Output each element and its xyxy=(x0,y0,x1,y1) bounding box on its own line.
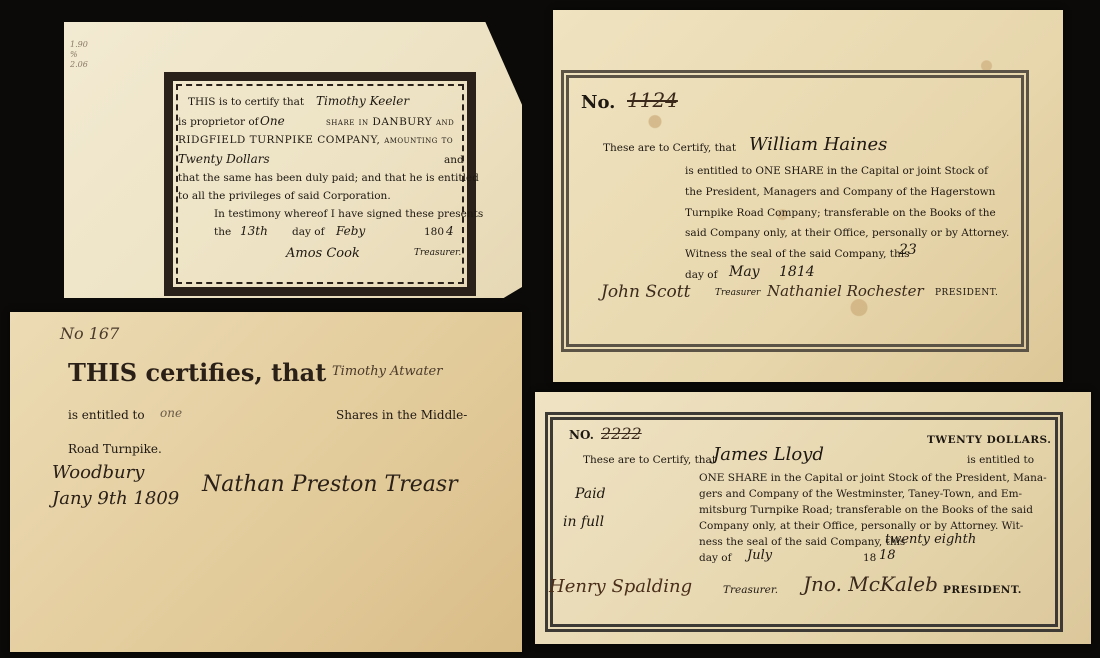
holder-name: Timothy Atwater xyxy=(332,364,442,379)
text-line: THIS certifies, that xyxy=(68,358,326,387)
text-line: to all the privileges of said Corporatio… xyxy=(178,190,391,202)
paid-annotation: Paid xyxy=(575,486,606,502)
text-line: the President, Managers and Company of t… xyxy=(685,186,995,198)
text-line: is entitled to ONE SHARE in the Capital … xyxy=(685,165,988,177)
text-line: Road Turnpike. xyxy=(68,442,162,456)
text-line: and xyxy=(444,154,464,166)
text-line: ness the seal of the said Company, this xyxy=(699,536,905,548)
text-line: Treasurer. xyxy=(723,584,778,596)
date: Jany 9th 1809 xyxy=(52,488,179,509)
number-label: NO. xyxy=(569,428,594,442)
day: 23 xyxy=(899,242,917,258)
treasurer-signature: Amos Cook xyxy=(286,246,360,261)
treasurer-signature: Nathan Preston Treasr xyxy=(202,472,458,497)
text-line: PRESIDENT. xyxy=(935,288,998,298)
text-line: ONE SHARE in the Capital or joint Stock … xyxy=(699,472,1047,484)
treasurer-signature: Henry Spalding xyxy=(549,576,692,597)
share-count: One xyxy=(260,114,285,128)
text-line: In testimony whereof I have signed these… xyxy=(214,208,483,220)
day: twenty eighth xyxy=(885,532,976,547)
text-line: mitsburg Turnpike Road; transferable on … xyxy=(699,504,1033,516)
pencil-note-line: % xyxy=(70,50,88,60)
year: 1814 xyxy=(779,264,815,280)
certificate-middle-road: No 167 THIS certifies, that Timothy Atwa… xyxy=(10,312,522,652)
text-line: day of xyxy=(685,269,717,281)
text-line: Treasurer. xyxy=(414,248,461,258)
certificate-number: 1124 xyxy=(627,88,678,112)
text-line: THIS is to certify that xyxy=(188,96,304,108)
text-line: day of xyxy=(292,226,324,238)
share-count: one xyxy=(160,406,182,420)
month: May xyxy=(729,264,760,280)
year-digit: 18 xyxy=(879,548,896,563)
holder-name: William Haines xyxy=(749,134,887,155)
month: July xyxy=(747,548,772,563)
president-signature: Jno. McKaleb xyxy=(803,572,938,596)
certificate-danbury-ridgefield: 1.90 % 2.06 THIS is to certify that Timo… xyxy=(64,22,522,298)
place: Woodbury xyxy=(52,462,144,483)
text-line: Turnpike Road Company; transferable on t… xyxy=(685,207,996,219)
month: Feby xyxy=(336,224,365,238)
day: 13th xyxy=(240,224,268,238)
text-line: is entitled to xyxy=(68,408,145,422)
text-line: that the same has been duly paid; and th… xyxy=(178,172,479,184)
text-line: These are to Certify, that xyxy=(603,142,736,154)
text-line: said Company only, at their Office, pers… xyxy=(685,227,1009,239)
amount: Twenty Dollars xyxy=(178,152,270,166)
certificate-number: No 167 xyxy=(60,324,119,343)
pencil-note-line: 2.06 xyxy=(70,60,88,70)
text-line: These are to Certify, that xyxy=(583,454,716,466)
certificate-hagerstown: No. 1124 These are to Certify, that Will… xyxy=(553,10,1063,382)
president-signature: Nathaniel Rochester xyxy=(767,282,924,300)
text-line: 180 xyxy=(424,226,444,238)
text-line: share in DANBURY and xyxy=(326,116,454,128)
text-line: gers and Company of the Westminster, Tan… xyxy=(699,488,1022,500)
pencil-note-line: 1.90 xyxy=(70,40,88,50)
holder-name: James Lloyd xyxy=(713,444,824,465)
treasurer-signature: John Scott xyxy=(601,282,690,302)
text-line: the xyxy=(214,226,231,238)
holder-name: Timothy Keeler xyxy=(316,94,409,108)
text-line: Shares in the Middle- xyxy=(336,408,467,422)
number-label: No. xyxy=(581,92,615,113)
pencil-note: 1.90 % 2.06 xyxy=(70,40,88,70)
denomination: TWENTY DOLLARS. xyxy=(927,434,1051,446)
certificate-number: 2222 xyxy=(601,424,642,443)
text-line: Treasurer xyxy=(715,288,760,298)
paid-annotation: in full xyxy=(563,514,604,530)
certificate-westminster: NO. 2222 TWENTY DOLLARS. These are to Ce… xyxy=(535,392,1091,644)
year-digit: 4 xyxy=(446,224,454,238)
text-line: Company only, at their Office, personall… xyxy=(699,520,1023,532)
text-line: is entitled to xyxy=(967,454,1034,466)
text-line: Witness the seal of the said Company, th… xyxy=(685,248,910,260)
text-line: day of xyxy=(699,552,731,564)
text-line: PRESIDENT. xyxy=(943,584,1022,596)
text-line: RIDGFIELD TURNPIKE COMPANY, amounting to xyxy=(178,134,453,146)
text-line: is proprietor of xyxy=(178,116,259,128)
text-line: 18 xyxy=(863,552,876,564)
